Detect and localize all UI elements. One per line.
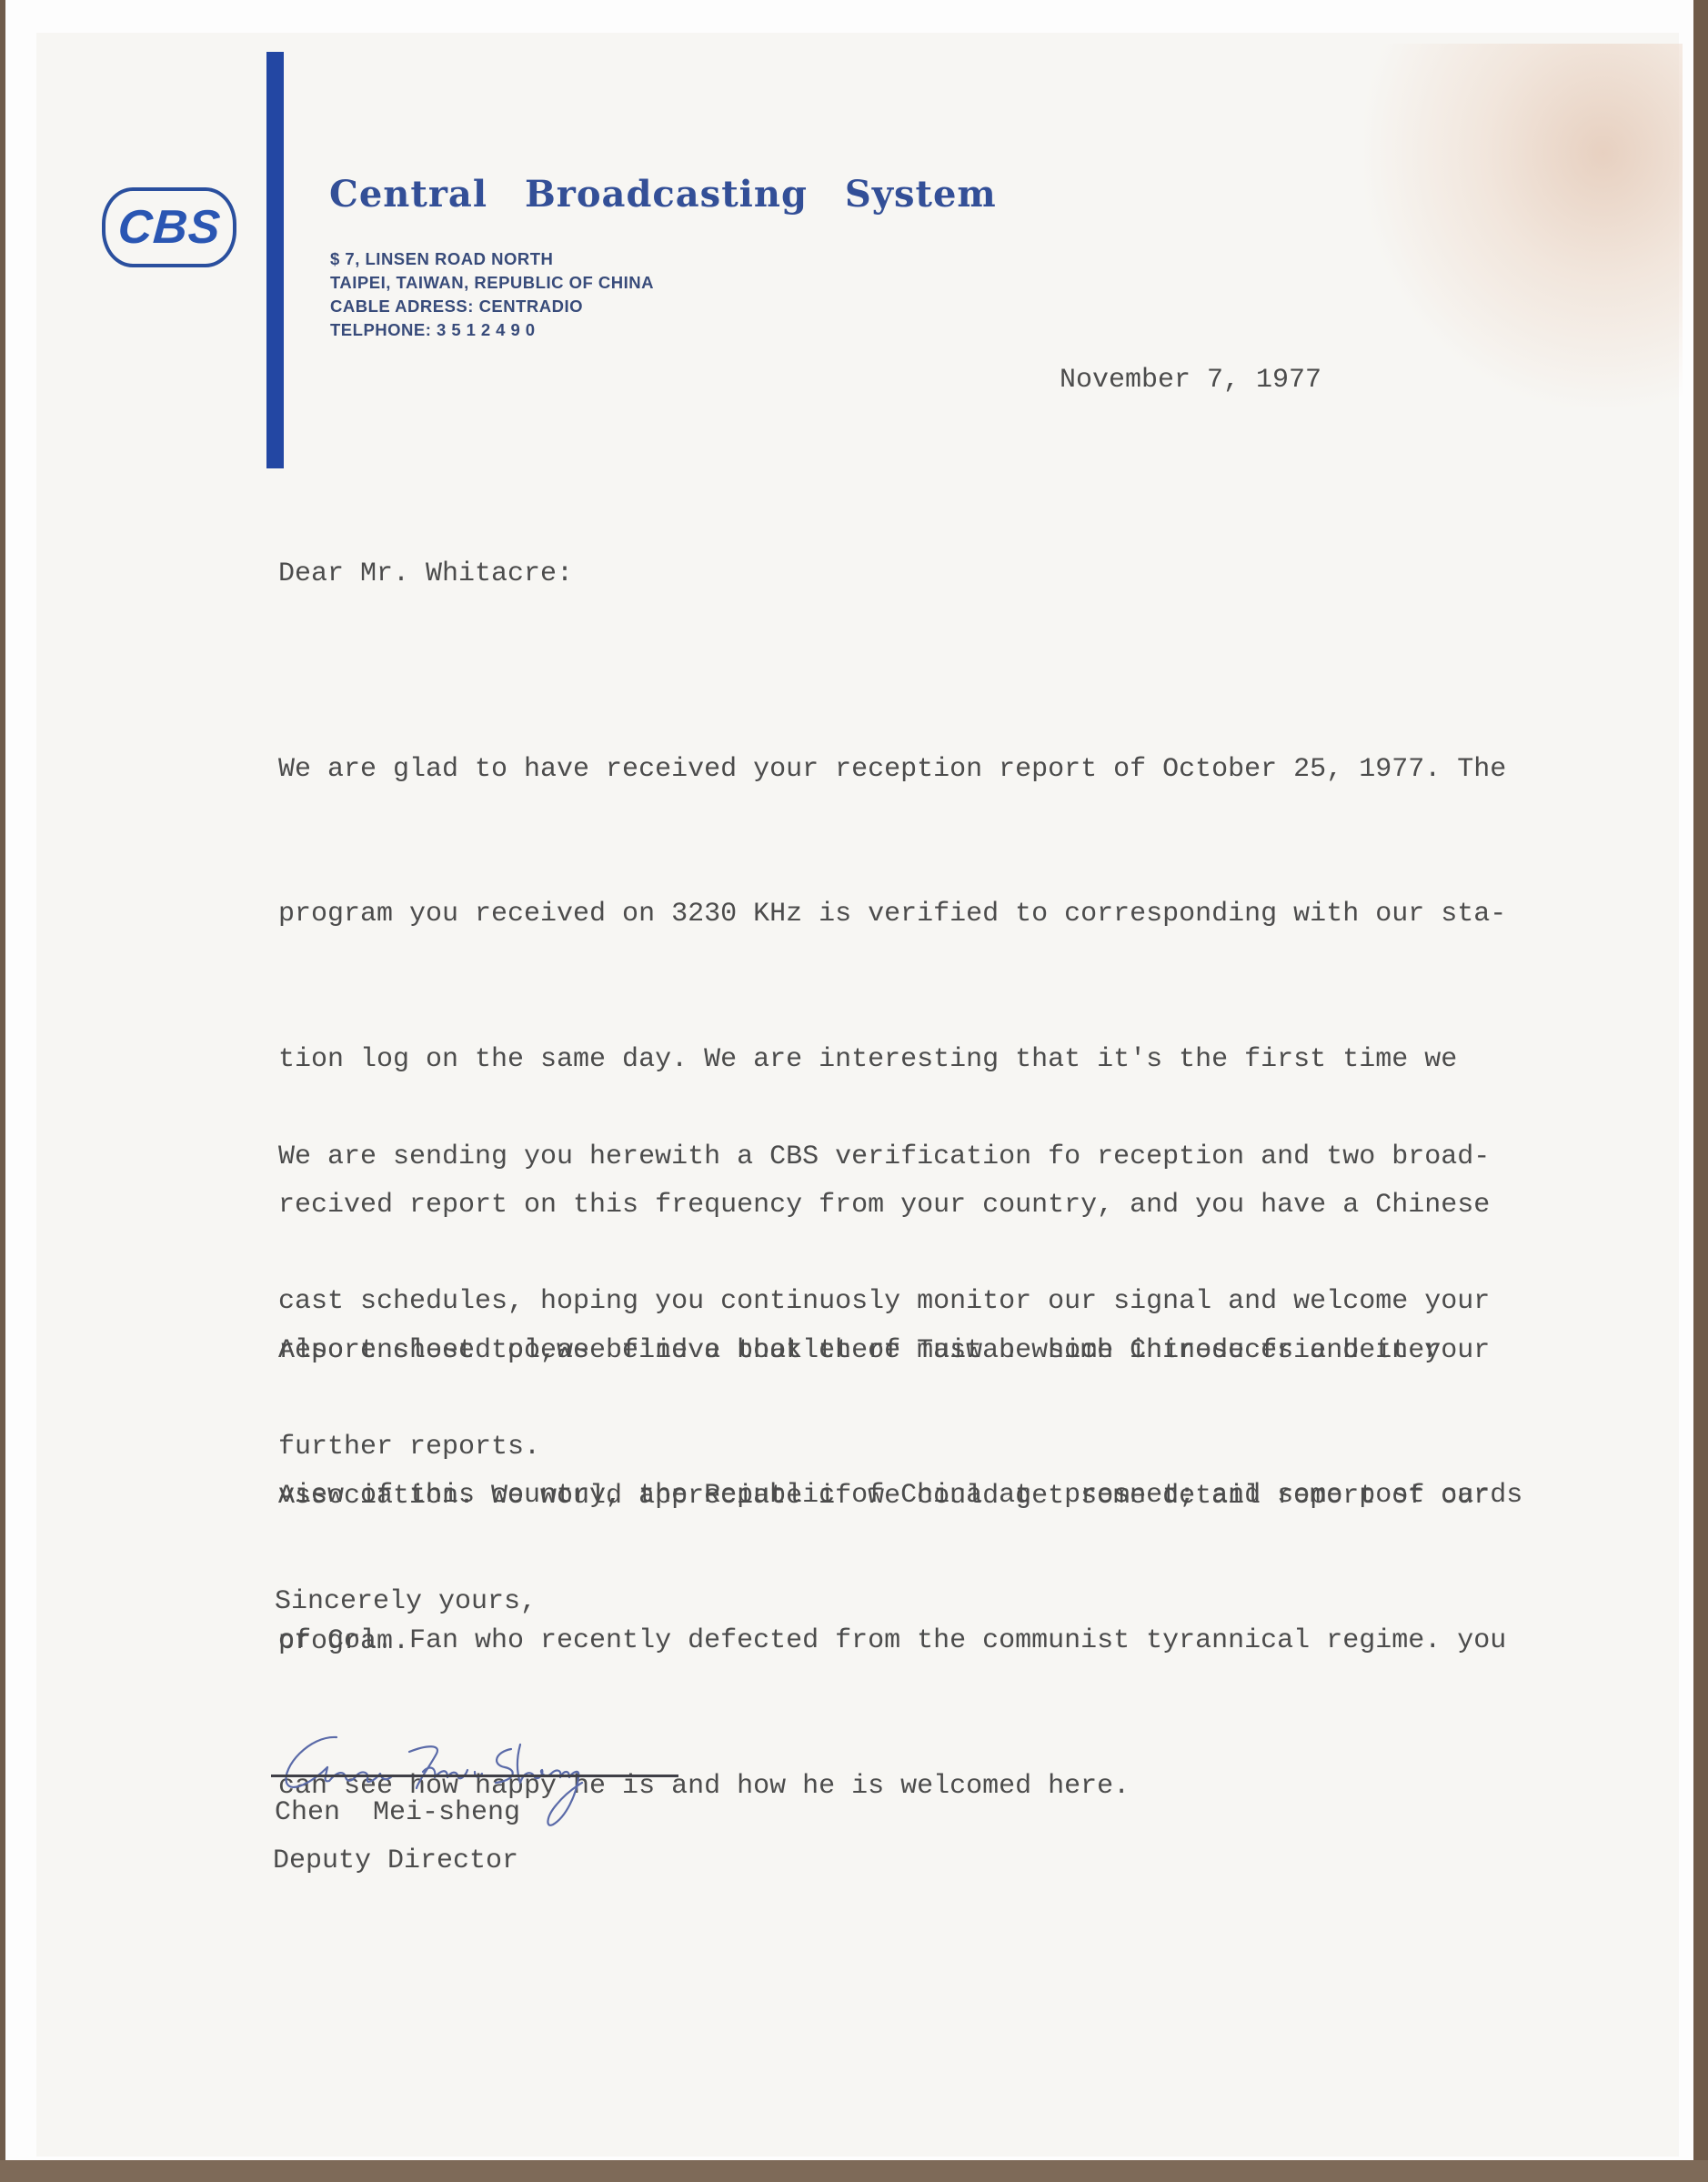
telephone-label: TELPHONE: xyxy=(330,320,431,339)
telephone-number: 3512490 xyxy=(437,320,540,339)
body-line: We are glad to have received your recept… xyxy=(278,746,1506,794)
body-line: Also enclosed please find a booklet of T… xyxy=(278,1327,1522,1375)
signature-line xyxy=(271,1775,678,1777)
signer-name: Chen Mei-sheng xyxy=(275,1789,520,1837)
logo-text: CBS xyxy=(116,204,222,251)
signer-title: Deputy Director xyxy=(273,1837,518,1885)
salutation: Dear Mr. Whitacre: xyxy=(278,550,573,598)
body-line: view of this country, the Republic of Ch… xyxy=(278,1472,1522,1520)
closing: Sincerely yours, xyxy=(275,1578,537,1626)
telephone-line: TELPHONE: 3512490 xyxy=(330,318,654,342)
cbs-logo: CBS xyxy=(102,187,236,267)
organization-name: Central Broadcasting System xyxy=(329,173,997,216)
letter-date: November 7, 1977 xyxy=(1060,357,1321,405)
frame-edge-bottom xyxy=(0,2160,1708,2182)
address-line: TAIPEI, TAIWAN, REPUBLIC OF CHINA xyxy=(330,271,654,295)
body-line: We are sending you herewith a CBS verifi… xyxy=(278,1133,1490,1181)
address-line: $ 7, LINSEN ROAD NORTH xyxy=(330,247,654,271)
frame-edge-right xyxy=(1693,0,1708,2182)
body-line: program you received on 3230 KHz is veri… xyxy=(278,890,1506,939)
letterhead-address: $ 7, LINSEN ROAD NORTH TAIPEI, TAIWAN, R… xyxy=(330,247,654,342)
address-line: CABLE ADRESS: CENTRADIO xyxy=(330,295,654,318)
letterhead-bar xyxy=(266,52,284,468)
